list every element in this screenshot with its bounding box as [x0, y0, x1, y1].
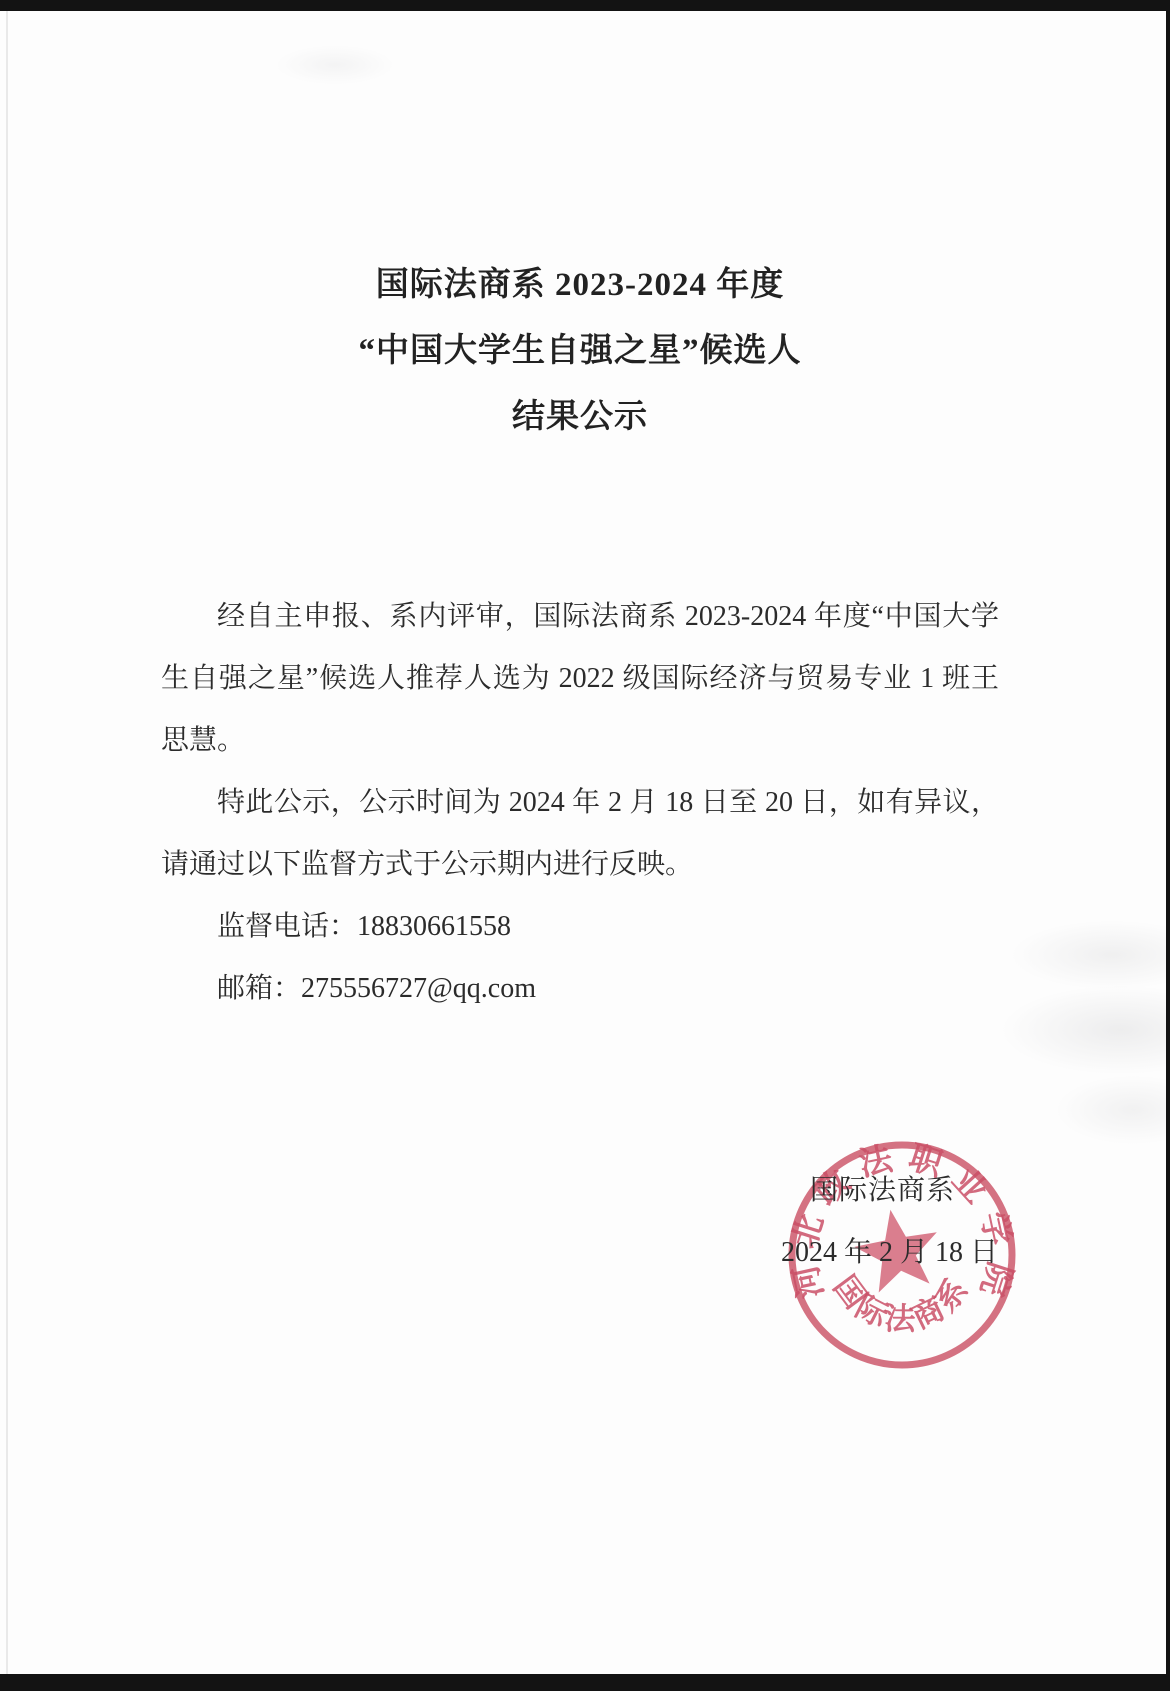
page-edge-line [6, 11, 8, 1674]
seal-ring-text-wrap: 河北政法职业学院 [785, 1138, 1019, 1312]
seal-ring-text: 河北政法职业学院 [785, 1138, 1019, 1312]
scan-border-right [1166, 0, 1170, 1691]
signature-department: 国际法商系 [810, 1168, 955, 1208]
document-title: 国际法商系 2023-2024 年度 “中国大学生自强之星”候选人 结果公示 [161, 252, 999, 450]
phone-label: 监督电话： [217, 911, 357, 942]
scan-smudge [275, 45, 395, 85]
scan-smudge [1010, 920, 1170, 990]
supervision-email-line: 邮箱：275556727@qq.com [161, 958, 999, 1020]
body-paragraph-1: 经自主申报、系内评审，国际法商系 2023-2024 年度“中国大学生自强之星”… [161, 586, 999, 772]
title-line-1: 国际法商系 2023-2024 年度 [161, 252, 999, 318]
email-label: 邮箱： [217, 973, 301, 1004]
scan-smudge [1000, 985, 1170, 1075]
scanned-document: 国际法商系 2023-2024 年度 “中国大学生自强之星”候选人 结果公示 经… [0, 0, 1170, 1691]
phone-number: 18830661558 [357, 911, 511, 942]
signature-date: 2024 年 2 月 18 日 [781, 1230, 998, 1270]
title-line-3: 结果公示 [161, 384, 999, 450]
seal-bottom-text: 国际法商系 [827, 1269, 976, 1336]
email-address: 275556727@qq.com [301, 973, 536, 1004]
scan-smudge [1055, 1075, 1170, 1145]
scan-border-bottom [0, 1674, 1170, 1691]
body-paragraph-2: 特此公示，公示时间为 2024 年 2 月 18 日至 20 日，如有异议，请通… [161, 772, 999, 896]
seal-bottom-text-wrap: 国际法商系 [827, 1269, 976, 1336]
title-line-2: “中国大学生自强之星”候选人 [161, 318, 999, 384]
document-body: 经自主申报、系内评审，国际法商系 2023-2024 年度“中国大学生自强之星”… [161, 586, 999, 1020]
supervision-phone-line: 监督电话：18830661558 [161, 896, 999, 958]
scan-border-top [0, 0, 1170, 11]
